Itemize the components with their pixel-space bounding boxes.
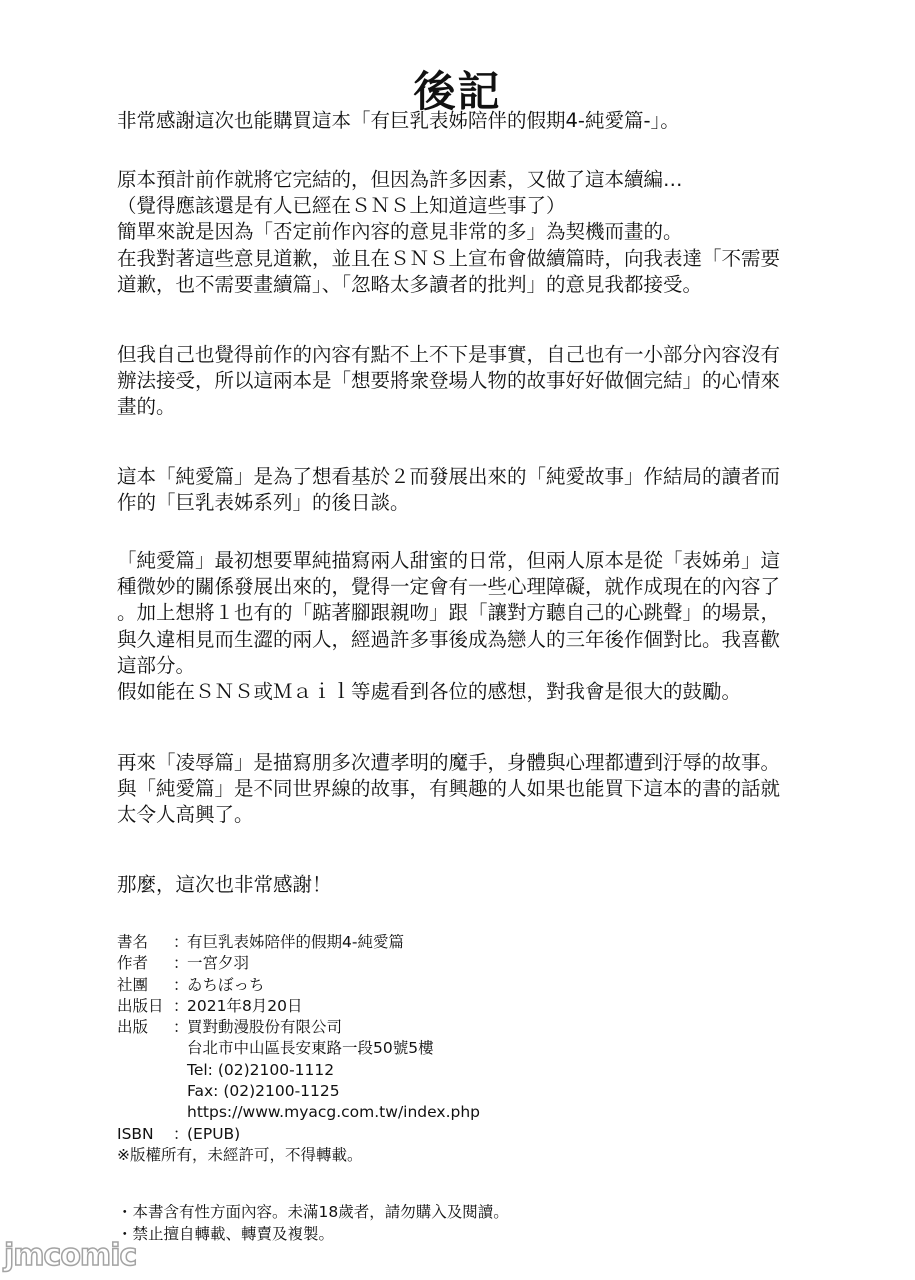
text-line: 作的「巨乳表姊系列」的後日談。: [117, 490, 817, 516]
colophon-value: 一宮夕羽: [187, 953, 249, 974]
colophon-row-publisher: 出版 ： 買對動漫股份有限公司: [117, 1017, 480, 1038]
colophon-separator: ：: [173, 1017, 187, 1038]
colophon-row-release-date: 出版日 ： 2021年8月20日: [117, 996, 480, 1017]
colophon-label: 出版: [117, 1017, 173, 1038]
text-line: 道歉，也不需要畫續篇」、「忽略太多讀者的批判」的意見我都接受。: [117, 272, 817, 298]
paragraph-pure-love-intro: 這本「純愛篇」是為了想看基於２而發展出來的「純愛故事」作結局的讀者而 作的「巨乳…: [117, 464, 817, 516]
colophon-separator: ：: [173, 932, 187, 953]
text-line: 假如能在ＳＮＳ或Ｍａｉｌ等處看到各位的感想，對我會是很大的鼓勵。: [117, 679, 817, 705]
colophon-row-circle: 社團 ： ゐちぼっち: [117, 975, 480, 996]
text-line: 與久違相見而生澀的兩人，經過許多事後成為戀人的三年後作個對比。我喜歡: [117, 627, 817, 653]
text-line: 種微妙的關係發展出來的，覺得一定會有一些心理障礙，就作成現在的內容了: [117, 574, 817, 600]
colophon-row-author: 作者 ： 一宮夕羽: [117, 953, 480, 974]
colophon-value: 買對動漫股份有限公司: [187, 1017, 342, 1038]
text-line: 「純愛篇」最初想要單純描寫兩人甜蜜的日常，但兩人原本是從「表姊弟」這: [117, 548, 817, 574]
publisher-tel: Tel: (02)2100-1112: [117, 1060, 480, 1081]
colophon-value: ゐちぼっち: [187, 975, 265, 996]
colophon-separator: ：: [173, 975, 187, 996]
paragraph-sequel-reason: 原本預計前作就將它完結的，但因為許多因素，又做了這本續編… （覺得應該還是有人已…: [117, 167, 817, 298]
publisher-fax: Fax: (02)2100-1125: [117, 1081, 480, 1102]
colophon-separator: ：: [173, 953, 187, 974]
publisher-address: 台北市中山區長安東路一段50號5樓: [117, 1038, 480, 1059]
colophon-label: 作者: [117, 953, 173, 974]
text-line: 這本「純愛篇」是為了想看基於２而發展出來的「純愛故事」作結局的讀者而: [117, 464, 817, 490]
text-line: （覺得應該還是有人已經在ＳＮＳ上知道這些事了）: [117, 193, 817, 219]
text-line: 但我自己也覺得前作的內容有點不上不下是事實，自己也有一小部分內容沒有: [117, 342, 817, 368]
publisher-website: https://www.myacg.com.tw/index.php: [117, 1102, 480, 1123]
notice-adult-content: ・本書含有性方面內容。未滿18歲者，請勿購入及閱讀。: [117, 1201, 509, 1223]
colophon-row-title: 書名 ： 有巨乳表姊陪伴的假期4-純愛篇: [117, 932, 480, 953]
text-line: 在我對著這些意見道歉，並且在ＳＮＳ上宣布會做續篇時，向我表達「不需要: [117, 246, 817, 272]
colophon-separator: ：: [173, 996, 187, 1017]
paragraph-thanks: 非常感謝這次也能購買這本「有巨乳表姊陪伴的假期4-純愛篇-」。: [117, 108, 817, 134]
text-line: 那麼，這次也非常感謝！: [117, 872, 817, 898]
colophon-separator: ：: [173, 1124, 187, 1145]
colophon-value: 2021年8月20日: [187, 996, 303, 1017]
colophon-label: 書名: [117, 932, 173, 953]
notices: ・本書含有性方面內容。未滿18歲者，請勿購入及閱讀。 ・禁止擅自轉載、轉賣及複製…: [117, 1201, 509, 1245]
text-line: 再來「凌辱篇」是描寫朋多次遭孝明的魔手，身體與心理都遭到汙辱的故事。: [117, 750, 817, 776]
colophon-value: (EPUB): [187, 1124, 240, 1145]
text-line: 畫的。: [117, 394, 817, 420]
paragraph-closing: 那麼，這次也非常感謝！: [117, 872, 817, 898]
text-line: 簡單來說是因為「否定前作內容的意見非常的多」為契機而畫的。: [117, 219, 817, 245]
text-line: 非常感謝這次也能購買這本「有巨乳表姊陪伴的假期4-純愛篇-」。: [117, 108, 817, 134]
paragraph-author-feelings: 但我自己也覺得前作的內容有點不上不下是事實，自己也有一小部分內容沒有 辦法接受，…: [117, 342, 817, 421]
colophon-value: 有巨乳表姊陪伴的假期4-純愛篇: [187, 932, 404, 953]
colophon-label: ISBN: [117, 1124, 173, 1145]
copyright-notice: ※版權所有，未經許可，不得轉載。: [117, 1145, 480, 1166]
colophon-row-isbn: ISBN ： (EPUB): [117, 1124, 480, 1145]
paragraph-other-volume: 再來「凌辱篇」是描寫朋多次遭孝明的魔手，身體與心理都遭到汙辱的故事。 與「純愛篇…: [117, 750, 817, 829]
paragraph-pure-love-details: 「純愛篇」最初想要單純描寫兩人甜蜜的日常，但兩人原本是從「表姊弟」這 種微妙的關…: [117, 548, 817, 705]
colophon-label: 出版日: [117, 996, 173, 1017]
text-line: 與「純愛篇」是不同世界線的故事，有興趣的人如果也能買下這本的書的話就: [117, 776, 817, 802]
watermark-logo: jmcomic: [4, 1238, 136, 1274]
text-line: 辦法接受，所以這兩本是「想要將衆登場人物的故事好好做個完結」的心情來: [117, 368, 817, 394]
text-line: 這部分。: [117, 653, 817, 679]
text-line: 太令人高興了。: [117, 802, 817, 828]
text-line: 原本預計前作就將它完結的，但因為許多因素，又做了這本續編…: [117, 167, 817, 193]
notice-no-reproduction: ・禁止擅自轉載、轉賣及複製。: [117, 1223, 509, 1245]
text-line: 。加上想將１也有的「踮著腳跟親吻」跟「讓對方聽自己的心跳聲」的場景，: [117, 600, 817, 626]
colophon-label: 社團: [117, 975, 173, 996]
colophon: 書名 ： 有巨乳表姊陪伴的假期4-純愛篇 作者 ： 一宮夕羽 社團 ： ゐちぼっ…: [117, 932, 480, 1166]
